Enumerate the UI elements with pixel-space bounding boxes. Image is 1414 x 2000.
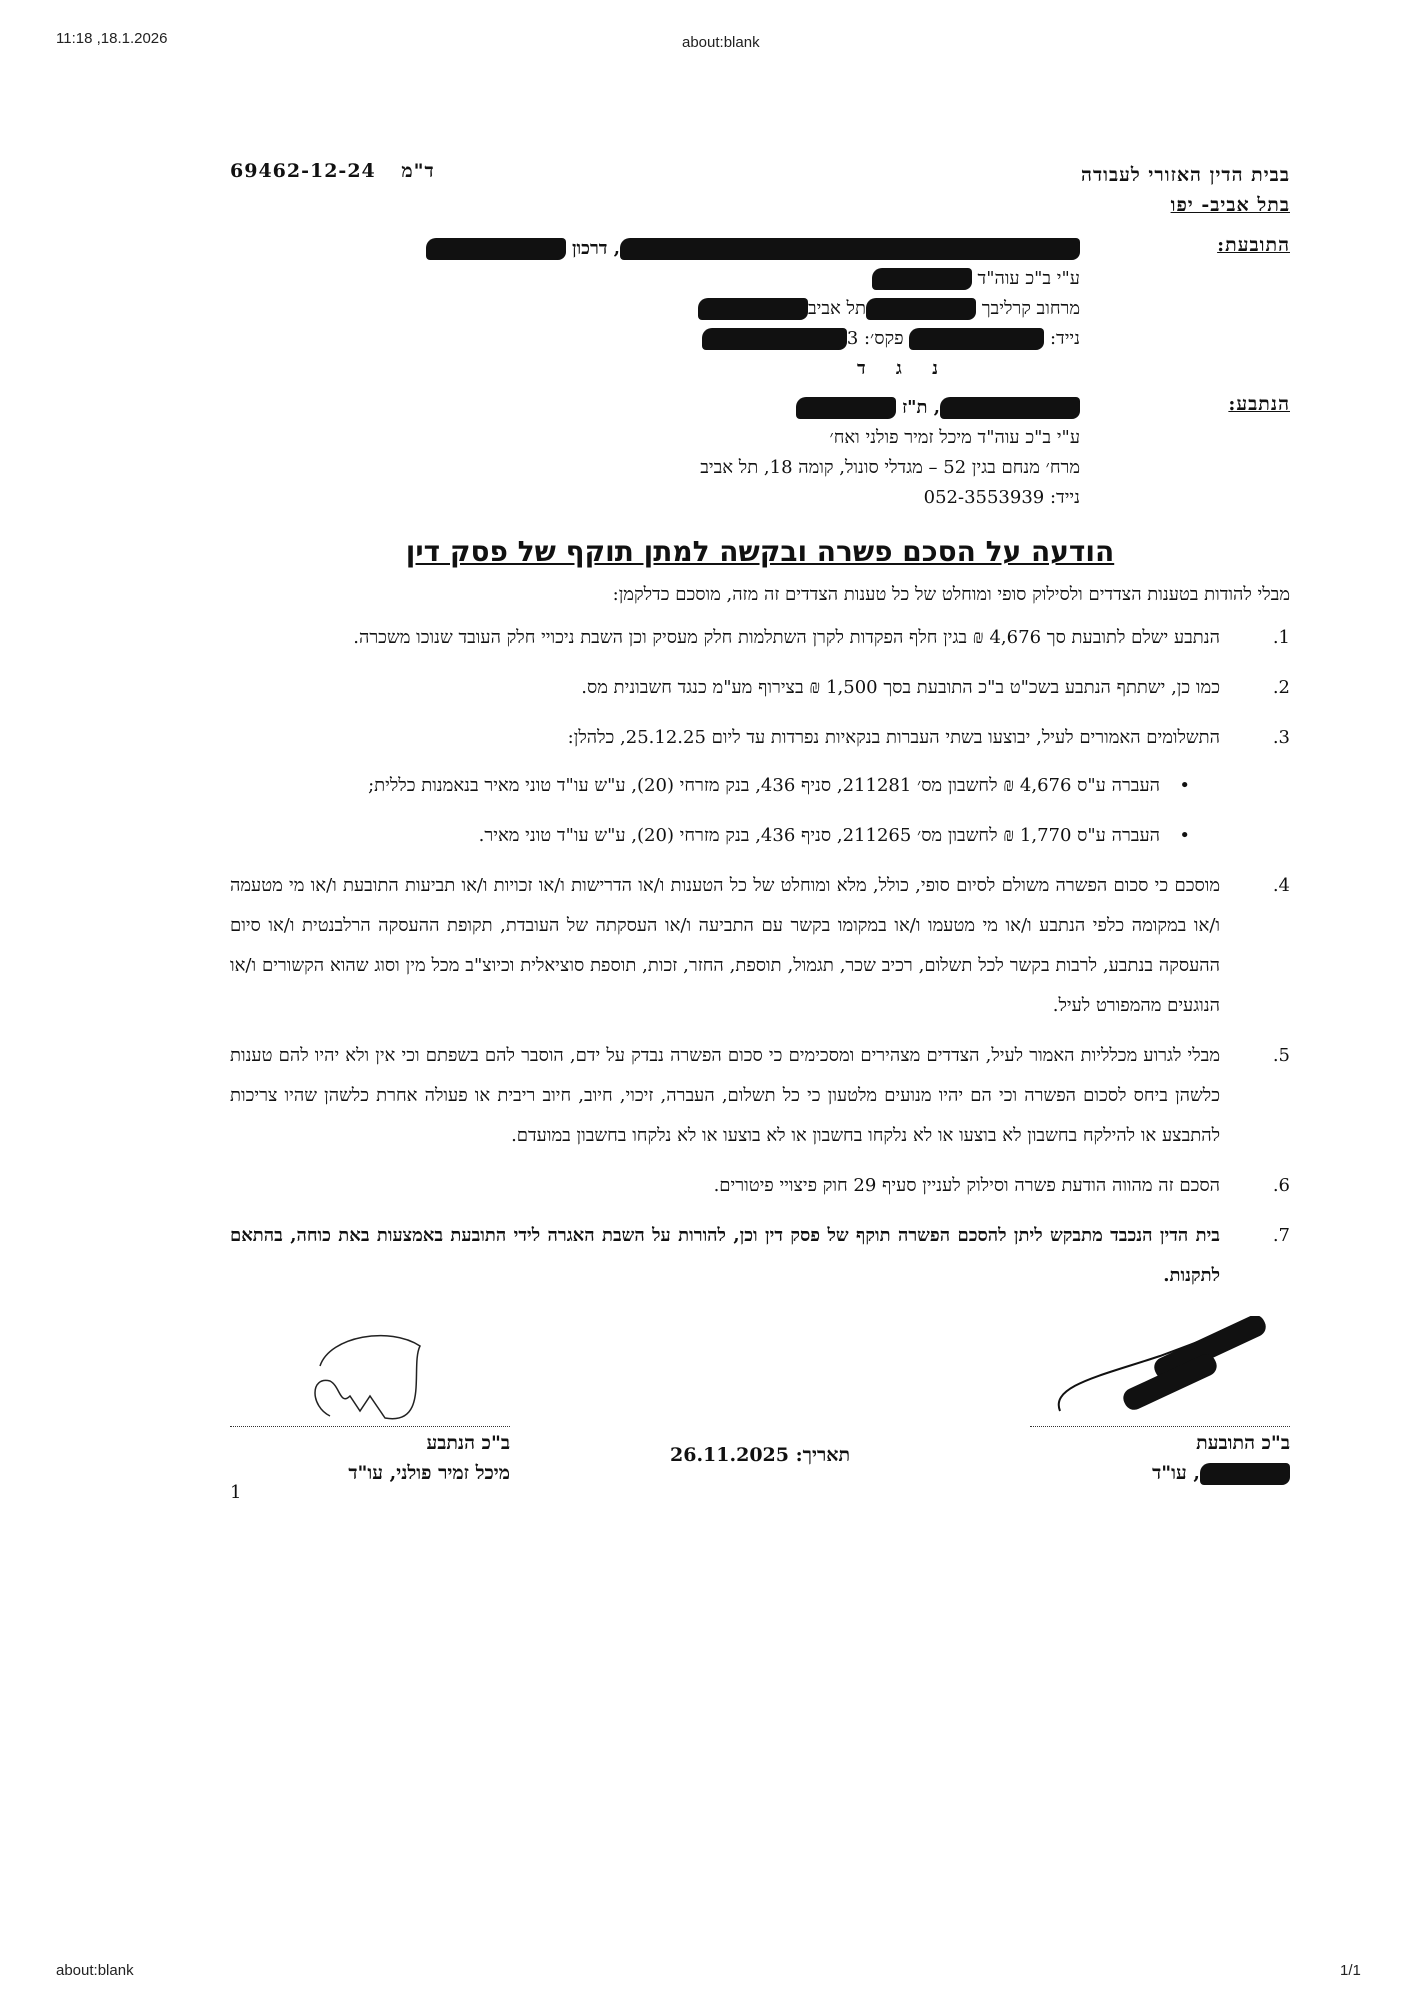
court-name: בבית הדין האזורי לעבודה בתל אביב- יפו <box>1081 160 1290 220</box>
date-label: תאריך: <box>796 1444 850 1466</box>
bullet-icon: • <box>1160 816 1190 856</box>
clause-number: 2. <box>1220 668 1290 708</box>
transfer-text: העברה ע"ס 4,676 ₪ לחשבון מס׳ 211281, סני… <box>368 766 1160 806</box>
print-footer-url: about:blank <box>56 1962 134 1979</box>
signature-icon <box>1040 1316 1280 1426</box>
transfer-list: •העברה ע"ס 4,676 ₪ לחשבון מס׳ 211281, סנ… <box>230 766 1190 856</box>
defendant-lawyer: מיכל זמיר פולני, עו"ד <box>230 1458 510 1488</box>
plaintiff-name: , דרכון <box>230 234 1080 264</box>
clause-number: 1. <box>1220 618 1290 658</box>
case-prefix: ד"מ <box>401 160 434 182</box>
document-date: תאריך: 26.11.2025 <box>670 1440 850 1470</box>
bullet-icon: • <box>1160 766 1190 806</box>
clause-1: 1.הנתבע ישלם לתובעת סך 4,676 ₪ בגין חלף … <box>230 618 1290 658</box>
redaction <box>866 298 976 320</box>
phone-label: נייד: <box>1050 328 1080 349</box>
date-value: 26.11.2025 <box>670 1444 789 1466</box>
transfer-item: •העברה ע"ס 4,676 ₪ לחשבון מס׳ 211281, סנ… <box>230 766 1190 806</box>
print-datetime: 11:18 ,18.1.2026 <box>56 30 168 47</box>
clause-text: כמו כן, ישתתף הנתבע בשכ"ט ב"כ התובעת בסך… <box>230 668 1220 708</box>
transfer-text: העברה ע"ס 1,770 ₪ לחשבון מס׳ 211265, סני… <box>479 816 1160 856</box>
plaintiff-label: התובעת: <box>1217 234 1290 257</box>
plaintiff-signature: ב"כ התובעת , עו"ד <box>1030 1326 1290 1488</box>
defendant-name: , ת"ז <box>230 393 1080 423</box>
redaction <box>702 328 847 350</box>
clause-number: 4. <box>1220 866 1290 1026</box>
address-street: מרחוב קרליבך <box>982 298 1080 319</box>
case-number: ד"מ 69462-12-24 <box>230 160 435 183</box>
intro-paragraph: מבלי להודות בטענות הצדדים ולסילוק סופי ו… <box>230 580 1290 610</box>
plaintiff-lawyer: , עו"ד <box>1030 1458 1290 1488</box>
plaintiff-phone: נייד: פקס׳: 3 <box>230 324 1080 354</box>
redaction <box>940 397 1080 419</box>
lawyer-title: , עו"ד <box>1152 1462 1200 1484</box>
plaintiff-counsel-text: ע"י ב"כ עוה"ד <box>978 268 1080 289</box>
plaintiff-id-type: , דרכון <box>572 238 620 259</box>
print-page-title: about:blank <box>682 34 760 51</box>
plaintiff-counsel: ע"י ב"כ עוה"ד <box>230 264 1080 294</box>
defendant-phone: נייד: 052-3553939 <box>230 483 1080 513</box>
clause-text: הסכם זה מהווה הודעת פשרה וסילוק לעניין ס… <box>230 1166 1220 1206</box>
clause-3: 3.התשלומים האמורים לעיל, יבוצעו בשתי העב… <box>230 718 1290 758</box>
court-document: בבית הדין האזורי לעבודה בתל אביב- יפו ד"… <box>230 160 1290 1526</box>
redaction <box>872 268 972 290</box>
clause-text: התשלומים האמורים לעיל, יבוצעו בשתי העברו… <box>230 718 1220 758</box>
clause-5: 5.מבלי לגרוע מכלליות האמור לעיל, הצדדים … <box>230 1036 1290 1156</box>
defendant-block: הנתבע: , ת"ז ע"י ב"כ עוה"ד מיכל זמיר פול… <box>230 393 1290 513</box>
clause-text: הנתבע ישלם לתובעת סך 4,676 ₪ בגין חלף הפ… <box>230 618 1220 658</box>
redaction <box>1200 1463 1290 1485</box>
redaction <box>796 397 896 419</box>
plaintiff-address: מרחוב קרליבך תל אביב <box>230 294 1080 324</box>
case-number-value: 69462-12-24 <box>230 160 376 182</box>
clause-number: 5. <box>1220 1036 1290 1156</box>
redaction <box>698 298 808 320</box>
redaction <box>426 238 566 260</box>
clause-7: 7.בית הדין הנכבד מתבקש ליתן להסכם הפשרה … <box>230 1216 1290 1296</box>
court-line: בבית הדין האזורי לעבודה <box>1081 160 1290 190</box>
clause-text: מבלי לגרוע מכלליות האמור לעיל, הצדדים מצ… <box>230 1036 1220 1156</box>
print-page-counter: 1/1 <box>1340 1962 1361 1979</box>
fax-label: פקס׳: 3 <box>847 328 904 349</box>
redaction <box>620 238 1080 260</box>
signature-icon <box>270 1326 470 1431</box>
clause-number: 3. <box>1220 718 1290 758</box>
clause-number: 7. <box>1220 1216 1290 1296</box>
defendant-id-type: , ת"ז <box>902 397 940 418</box>
plaintiff-block: התובעת: , דרכון ע"י ב"כ עוה"ד מרחוב קרלי… <box>230 234 1290 354</box>
clause-text: בית הדין הנכבד מתבקש ליתן להסכם הפשרה תו… <box>230 1216 1220 1296</box>
transfer-item: •העברה ע"ס 1,770 ₪ לחשבון מס׳ 211265, סנ… <box>230 816 1190 856</box>
clause-number: 6. <box>1220 1166 1290 1206</box>
document-title: הודעה על הסכם פשרה ובקשה למתן תוקף של פס… <box>230 535 1290 568</box>
defendant-counsel: ע"י ב"כ עוה"ד מיכל זמיר פולני ואח׳ <box>230 423 1080 453</box>
clause-6: 6.הסכם זה מהווה הודעת פשרה וסילוק לעניין… <box>230 1166 1290 1206</box>
clause-text: מוסכם כי סכום הפשרה משולם לסיום סופי, כו… <box>230 866 1220 1026</box>
signature-block: ב"כ התובעת , עו"ד תאריך: 26.11.2025 ב"כ … <box>230 1326 1290 1526</box>
versus-label: נ ג ד <box>230 358 950 379</box>
clause-4: 4.מוסכם כי סכום הפשרה משולם לסיום סופי, … <box>230 866 1290 1026</box>
document-header: בבית הדין האזורי לעבודה בתל אביב- יפו ד"… <box>230 160 1290 220</box>
page-number: 1 <box>230 1482 241 1503</box>
clause-2: 2.כמו כן, ישתתף הנתבע בשכ"ט ב"כ התובעת ב… <box>230 668 1290 708</box>
defendant-signature: ב"כ הנתבע מיכל זמיר פולני, עו"ד <box>230 1326 510 1488</box>
defendant-counsel-title: ב"כ הנתבע <box>230 1428 510 1458</box>
defendant-label: הנתבע: <box>1228 393 1290 416</box>
redaction <box>909 328 1044 350</box>
court-city: בתל אביב- יפו <box>1081 190 1290 220</box>
plaintiff-counsel-title: ב"כ התובעת <box>1030 1428 1290 1458</box>
defendant-address: מרח׳ מנחם בגין 52 – מגדלי סונול, קומה 18… <box>230 453 1080 483</box>
address-city: תל אביב <box>808 298 866 319</box>
